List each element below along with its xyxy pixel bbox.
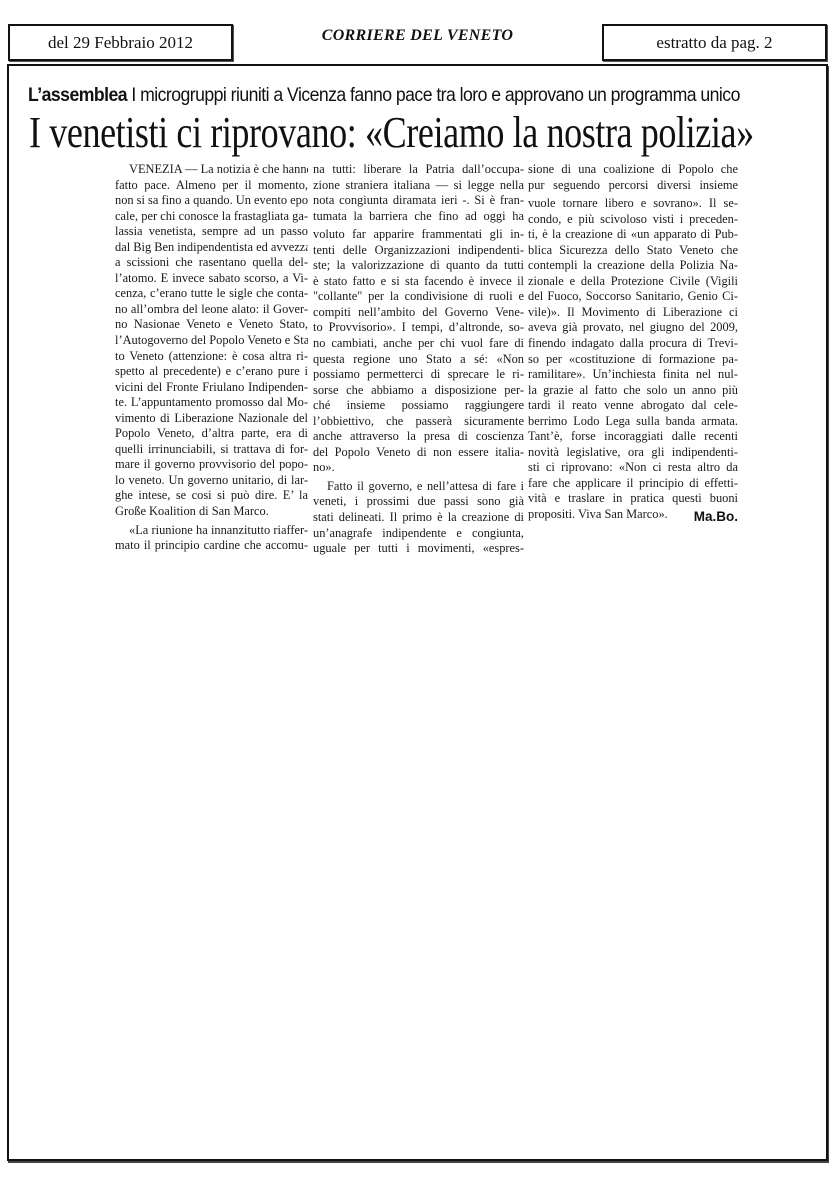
text-line: te. L’appuntamento promosso dal Mo- <box>115 395 308 411</box>
text-line: del Fuoco, Soccorso Sanitario, Genio Ci- <box>528 289 738 305</box>
text-line: sione di una coalizione di Popolo che <box>528 162 738 178</box>
text-line: pur seguendo percorsi diversi insieme <box>528 178 738 194</box>
article-column-1: VENEZIA — La notizia è che hanno fatto p… <box>115 162 308 554</box>
text-line: vicini del Fronte Friulano Indipenden- <box>115 380 308 396</box>
text-line: to Provvisorio». I tempi, d’altronde, so… <box>313 320 524 336</box>
text-line: dal Big Ben indipendentista ed avvezza <box>115 240 308 256</box>
text-line: «La riunione ha innanzitutto riaffer- <box>115 523 308 539</box>
text-line: stati delineati. Il primo è la creazione… <box>313 510 524 526</box>
text-line: l’obbiettivo, che passerà sicuramente <box>313 414 524 430</box>
text-line: vile)». Il Movimento di Liberazione ci <box>528 305 738 321</box>
text-line: aveva già provato, nel giugno del 2009, <box>528 320 738 336</box>
article-column-2: na tutti: liberare la Patria dall’occupa… <box>313 162 524 557</box>
text-line: to Veneto (attenzione: è cosa altra ri- <box>115 349 308 365</box>
text-line: berrimo Lodo Lega sulla banda armata. <box>528 414 738 430</box>
text-line: cenza, c’erano tutte le sigle che conta- <box>115 286 308 302</box>
article-kicker: L’assemblea I microgruppi riuniti a Vice… <box>28 84 743 107</box>
article-headline: I venetisti ci riprovano: «Creiamo la no… <box>29 108 754 158</box>
kicker-tag: L’assemblea <box>28 84 127 106</box>
text-line: tardi il reato venne abrogato dal cele- <box>528 398 738 414</box>
text-line: Popolo Veneto, d’altra parte, era di <box>115 426 308 442</box>
author-signature: Ma.Bo. <box>640 509 738 524</box>
text-line: zionale e della Protezione Civile (Vigil… <box>528 274 738 290</box>
text-line: l’atomo. E invece sabato scorso, a Vi- <box>115 271 308 287</box>
text-line: l’Autogoverno del Popolo Veneto e Sta- <box>115 333 308 349</box>
text-line: "collante" per la condivisione di ruoli … <box>313 289 524 305</box>
text-line: Fatto il governo, e nell’attesa di fare … <box>313 479 524 495</box>
text-line: ché insieme possiamo raggiungere <box>313 398 524 414</box>
text-line: Große Koalition di San Marco. <box>115 504 308 520</box>
page-reference-box: estratto da pag. 2 <box>602 24 827 61</box>
text-line: vità e traslare in pratica questi buoni <box>528 491 738 507</box>
text-line: questa regione uno Stato a sé: «Non <box>313 352 524 368</box>
text-line: ste; la valorizzazione di quanto da tutt… <box>313 258 524 274</box>
text-line: contempli la creazione della Polizia Na- <box>528 258 738 274</box>
text-line: sorse che abbiamo a disposizione per- <box>313 383 524 399</box>
kicker-text: I microgruppi riuniti a Vicenza fanno pa… <box>127 84 740 106</box>
text-line: zione straniera italiana — si legge nell… <box>313 178 524 194</box>
text-line: tumata la barriera che fino ad oggi ha <box>313 209 524 225</box>
text-line: no all’ombra del leone alato: il Gover- <box>115 302 308 318</box>
text-line: VENEZIA — La notizia è che hanno <box>115 162 308 178</box>
text-line: no cambiati, anche per chi vuol fare di <box>313 336 524 352</box>
text-line: lo veneto. Un governo unitario, di lar- <box>115 473 308 489</box>
text-line: un’anagrafe indipendente e congiunta, <box>313 526 524 542</box>
text-line: quelli irrinunciabili, si trattava di fo… <box>115 442 308 458</box>
text-line: la grazie al fatto che solo un anno più <box>528 383 738 399</box>
text-line: fatto pace. Almeno per il momento, <box>115 178 308 194</box>
text-line: lassia venetista, sempre ad un passo <box>115 224 308 240</box>
text-line: compiti nell’ambito del Governo Vene- <box>313 305 524 321</box>
text-line: spetto al precedente) e c’erano pure i <box>115 364 308 380</box>
article-column-3: sione di una coalizione di Popolo che pu… <box>528 162 738 523</box>
text-line: uguale per tutti i movimenti, «espres- <box>313 541 524 557</box>
text-line: ramilitare». Un’inchiesta finita nel nul… <box>528 367 738 383</box>
text-line: mato il principio cardine che accomu- <box>115 538 308 554</box>
text-line: ghe intese, se cosi si può dire. E’ la <box>115 488 308 504</box>
text-line: no Nasionae Veneto e Veneto Stato, <box>115 317 308 333</box>
text-line: possiamo permetterci di sprecare le ri- <box>313 367 524 383</box>
publication-date: del 29 Febbraio 2012 <box>48 33 193 53</box>
text-line: cale, per chi conosce la frastagliata ga… <box>115 209 308 225</box>
text-line: tenti delle Organizzazioni indipendenti- <box>313 243 524 259</box>
text-line: anche attraverso la presa di coscienza <box>313 429 524 445</box>
text-line: finendo indagato dalla procura di Trevi- <box>528 336 738 352</box>
text-line: del Popolo Veneto di non essere italia- <box>313 445 524 461</box>
text-line: mare il governo provvisorio del popo- <box>115 457 308 473</box>
text-line: no». <box>313 460 524 476</box>
text-line: sti ci riprovano: «Non ci resta altro da <box>528 460 738 476</box>
text-line: fare che applicare il principio di effet… <box>528 476 738 492</box>
text-line: vuole tornare libero e sovrano». Il se- <box>528 196 738 212</box>
text-line: so per «costituzione di formazione pa- <box>528 352 738 368</box>
publication-date-box: del 29 Febbraio 2012 <box>8 24 233 61</box>
page-reference: estratto da pag. 2 <box>656 33 772 53</box>
text-line: na tutti: liberare la Patria dall’occupa… <box>313 162 524 178</box>
text-line: blica Sicurezza dello Stato Veneto che <box>528 243 738 259</box>
text-line: Tant’è, forse incoraggiati dalle recenti <box>528 429 738 445</box>
text-line: veneti, i prossimi due passi sono già <box>313 494 524 510</box>
text-line: a scissioni che rasentano quella del- <box>115 255 308 271</box>
text-line: voluto far apparire frammentati gli in- <box>313 227 524 243</box>
text-line: è stato fatto e si sta facendo è invece … <box>313 274 524 290</box>
text-line: vimento di Liberazione Nazionale del <box>115 411 308 427</box>
text-line: condo, e più scivoloso visti i preceden- <box>528 212 738 228</box>
text-line: non si sa fino a quando. Un evento epo- <box>115 193 308 209</box>
text-line: nota congiunta diramata ieri -. Si è fra… <box>313 193 524 209</box>
text-line: novità legislative, ora gli indipendenti… <box>528 445 738 461</box>
text-line: ti, è la creazione di «un apparato di Pu… <box>528 227 738 243</box>
newspaper-name: CORRIERE DEL VENETO <box>240 27 595 45</box>
